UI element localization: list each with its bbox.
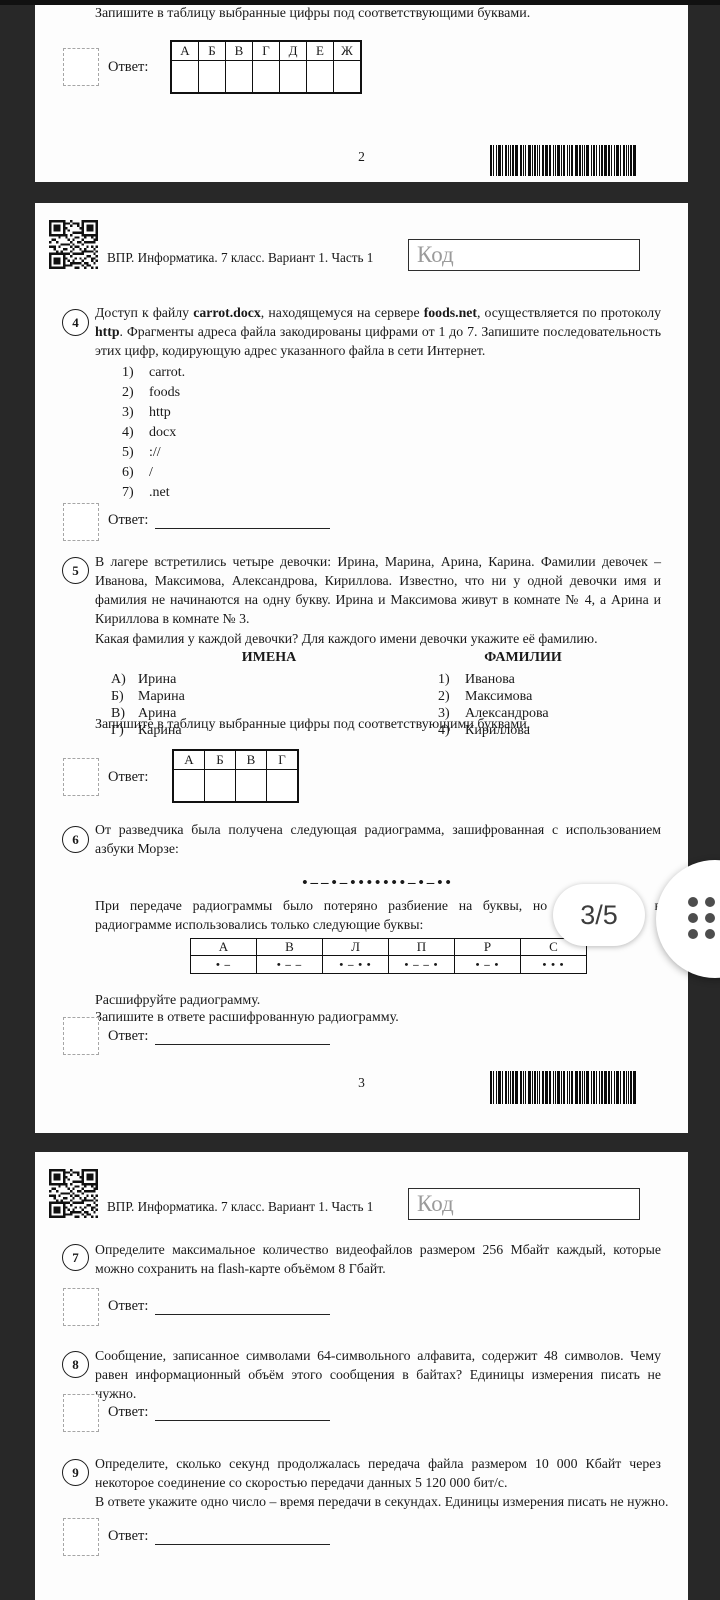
morse-code-cell: • – • bbox=[455, 956, 521, 974]
morse-code-cell: • • • bbox=[521, 956, 587, 974]
answer-blank-line bbox=[155, 1529, 330, 1545]
morse-table: А В Л П Р С • – • – – • – • • • – – • • … bbox=[190, 938, 587, 974]
question-5-answer-table: А Б В Г bbox=[172, 749, 299, 803]
morse-code-cell: • – bbox=[191, 956, 257, 974]
document-page-prev: Запишите в таблицу выбранные цифры под с… bbox=[35, 0, 688, 182]
answer-checkbox bbox=[63, 1288, 99, 1326]
morse-code-cell: • – • • bbox=[323, 956, 389, 974]
table-header-cell: Д bbox=[280, 41, 307, 61]
table-header-cell: Г bbox=[267, 750, 299, 770]
morse-letter-cell: В bbox=[257, 939, 323, 956]
answer-blank-line bbox=[155, 513, 330, 529]
document-title: ВПР. Информатика. 7 класс. Вариант 1. Ча… bbox=[107, 250, 373, 266]
answer-checkbox bbox=[63, 503, 99, 541]
table-header-cell: Е bbox=[307, 41, 334, 61]
document-page-next: ВПР. Информатика. 7 класс. Вариант 1. Ча… bbox=[35, 1152, 688, 1600]
table-header-cell: Б bbox=[199, 41, 226, 61]
barcode bbox=[490, 145, 640, 176]
answer-checkbox bbox=[63, 1518, 99, 1556]
answer-label: Ответ: bbox=[108, 512, 148, 529]
question-6-text-3: Расшифруйте радиограмму. bbox=[95, 993, 260, 1009]
answer-label: Ответ: bbox=[108, 1298, 148, 1315]
page-indicator: 3/5 bbox=[553, 884, 645, 946]
question-4-options: 1)carrot. 2)foods 3)http 4)docx 5):// 6)… bbox=[122, 363, 185, 503]
code-field: Код bbox=[408, 239, 640, 271]
table-header-cell: Б bbox=[205, 750, 236, 770]
table-header-cell: Г bbox=[253, 41, 280, 61]
code-field: Код bbox=[408, 1188, 640, 1220]
question-7-answer-row: Ответ: bbox=[108, 1298, 330, 1315]
question-9-text: Определите, сколько секунд продолжалась … bbox=[95, 1454, 661, 1492]
code-field-label: Код bbox=[417, 240, 454, 269]
write-instruction: Запишите в таблицу выбранные цифры под с… bbox=[95, 6, 530, 22]
document-scroll-area[interactable]: Запишите в таблицу выбранные цифры под с… bbox=[0, 0, 720, 1600]
question-9-answer-row: Ответ: bbox=[108, 1528, 330, 1545]
table-header-cell: В bbox=[226, 41, 253, 61]
table-header-cell: Ж bbox=[334, 41, 362, 61]
answer-table: А Б В Г Д Е Ж bbox=[170, 40, 362, 94]
question-8-number-badge: 8 bbox=[62, 1351, 89, 1378]
question-5-answer-row: Ответ: bbox=[108, 769, 148, 786]
question-9-number-badge: 9 bbox=[62, 1459, 89, 1486]
answer-label: Ответ: bbox=[108, 769, 148, 786]
answer-label: Ответ: bbox=[108, 59, 148, 76]
write-instruction: Запишите в таблицу выбранные цифры под с… bbox=[95, 717, 530, 733]
question-4-answer-row: Ответ: bbox=[108, 512, 330, 529]
question-9-text-2: В ответе укажите одно число – время пере… bbox=[95, 1492, 685, 1511]
question-6-answer-row: Ответ: bbox=[108, 1028, 330, 1045]
document-title: ВПР. Информатика. 7 класс. Вариант 1. Ча… bbox=[107, 1199, 373, 1215]
answer-blank-line bbox=[155, 1029, 330, 1045]
answer-checkbox bbox=[63, 758, 99, 796]
question-4-text: Доступ к файлу carrot.docx, находящемуся… bbox=[95, 303, 661, 360]
morse-letter-cell: Л bbox=[323, 939, 389, 956]
morse-code-cell: • – – • bbox=[389, 956, 455, 974]
morse-letter-cell: А bbox=[191, 939, 257, 956]
question-5-text: В лагере встретились четыре девочки: Ири… bbox=[95, 552, 661, 628]
question-8-text: Сообщение, записанное символами 64-симво… bbox=[95, 1346, 661, 1403]
question-5-question: Какая фамилия у каждой девочки? Для кажд… bbox=[95, 629, 661, 648]
answer-checkbox bbox=[63, 1017, 99, 1055]
table-header-cell: А bbox=[171, 41, 199, 61]
answer-checkbox bbox=[63, 1394, 99, 1432]
question-7-number-badge: 7 bbox=[62, 1244, 89, 1271]
answer-blank-line bbox=[155, 1299, 330, 1315]
question-7-text: Определите максимальное количество видео… bbox=[95, 1240, 661, 1278]
surnames-header: ФАМИЛИИ bbox=[438, 649, 608, 666]
answer-row: Ответ: bbox=[108, 59, 148, 76]
question-6-number-badge: 6 bbox=[62, 826, 89, 853]
answer-checkbox bbox=[63, 48, 99, 86]
qr-code-icon bbox=[49, 220, 98, 269]
answer-label: Ответ: bbox=[108, 1404, 148, 1421]
answer-label: Ответ: bbox=[108, 1028, 148, 1045]
table-header-cell: В bbox=[236, 750, 267, 770]
qr-code-icon bbox=[49, 1169, 98, 1218]
question-6-text: От разведчика была получена следующая ра… bbox=[95, 820, 661, 858]
morse-code-cell: • – – bbox=[257, 956, 323, 974]
page-edge-shadow bbox=[0, 0, 720, 5]
code-field-label: Код bbox=[417, 1189, 454, 1218]
question-8-answer-row: Ответ: bbox=[108, 1404, 330, 1421]
question-5-number-badge: 5 bbox=[62, 557, 89, 584]
answer-blank-line bbox=[155, 1405, 330, 1421]
question-6-text-4: Запишите в ответе расшифрованную радиогр… bbox=[95, 1010, 399, 1026]
barcode bbox=[490, 1071, 640, 1104]
grid-dots-icon bbox=[688, 897, 715, 939]
morse-letter-cell: П bbox=[389, 939, 455, 956]
document-page-current: ВПР. Информатика. 7 класс. Вариант 1. Ча… bbox=[35, 203, 688, 1133]
answer-label: Ответ: bbox=[108, 1528, 148, 1545]
question-4-number-badge: 4 bbox=[62, 309, 89, 336]
table-header-cell: А bbox=[173, 750, 205, 770]
names-header: ИМЕНА bbox=[95, 649, 443, 666]
morse-letter-cell: Р bbox=[455, 939, 521, 956]
